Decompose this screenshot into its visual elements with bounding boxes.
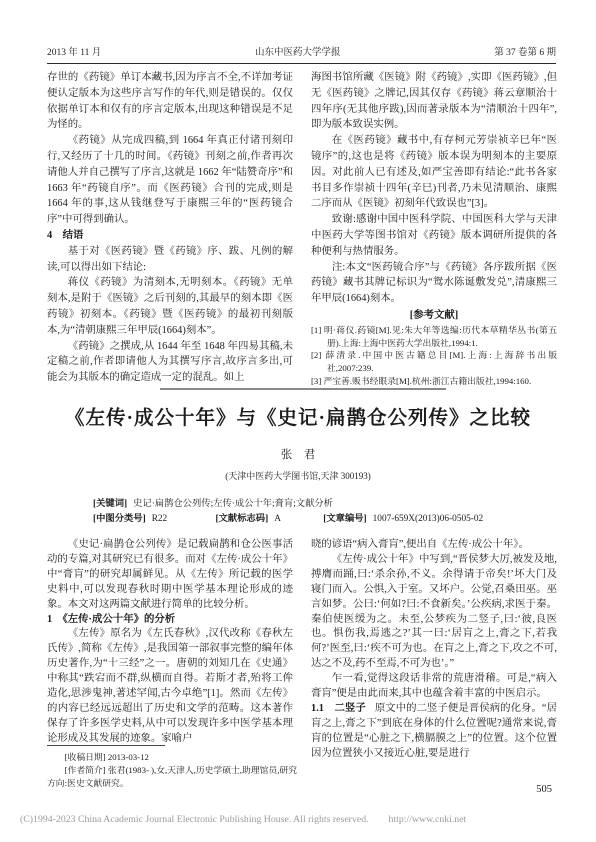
article-no-value: 1007-659X(2013)06-0505-02 bbox=[373, 514, 484, 524]
doc-code-label: [文献标志码] bbox=[216, 514, 269, 524]
author-name: 张 君 bbox=[0, 446, 596, 462]
section-heading: 4 结语 bbox=[47, 228, 293, 244]
paragraph: 《药镜》从完成四稿,到 1664 年真正付诸刊刻印行,又经历了十几的时间。《药镜… bbox=[47, 133, 293, 228]
footnote-rule bbox=[47, 745, 165, 746]
article-no-label: [文章编号] bbox=[323, 514, 366, 524]
article1-left-column: 存世的《药镜》单订本藏书,因为序言不全,不详加考证便认定版本为这些序言写作的年代… bbox=[47, 70, 293, 388]
paragraph: 《史记·扁鹊仓公列传》是记载扁鹊和仓公医事活动的专篇,对其研究已有很多。而对《左… bbox=[47, 538, 293, 613]
doc-code-value: A bbox=[274, 514, 281, 524]
article-no-pair: [文章编号]1007-659X(2013)06-0505-02 bbox=[323, 514, 483, 524]
article2-body: 《史记·扁鹊仓公列传》是记载扁鹊和仓公医事活动的专篇,对其研究已有很多。而对《左… bbox=[47, 538, 557, 762]
keywords-label: [关键词] bbox=[93, 499, 127, 509]
article1-right-column: 海图书馆所藏《医镜》附《药镜》,实即《医药镜》,但无《医药镜》之牌记,因其仅存《… bbox=[311, 70, 557, 388]
keywords-line: [关键词]史记·扁鹊仓公列传;左传·成公十年;膏肓;文献分析 bbox=[93, 497, 538, 512]
references-title: [参考文献] bbox=[311, 308, 557, 324]
page-header: 2013 年 11 月 山东中医药大学学报 第 37 卷第 6 期 bbox=[47, 44, 556, 64]
subsection-heading: 1.1 二竖子 bbox=[311, 703, 366, 714]
page-number: 505 bbox=[536, 784, 552, 795]
section-heading: 1 《左传·成公十年》的分析 bbox=[47, 613, 293, 628]
author-bio-line: [作者简介] 张君(1983- ),女,天津人,历史学硕士,助理馆员,研究方向:… bbox=[47, 764, 297, 790]
clc-pair: [中图分类号]R22 bbox=[93, 514, 167, 524]
keywords-value: 史记·扁鹊仓公列传;左传·成公十年;膏肓;文献分析 bbox=[133, 499, 333, 509]
paragraph: 在《医药镜》藏书中,有存柯元芳崇祯辛巳年“医镜序”的,这也是将《药镜》版本误为明… bbox=[311, 133, 557, 212]
paragraph: 存世的《药镜》单订本藏书,因为序言不全,不详加考证便认定版本为这些序言写作的年代… bbox=[47, 70, 293, 133]
paragraph: 基于对《医药镜》暨《药镜》序、跋、凡例的解读,可以得出如下结论: bbox=[47, 244, 293, 276]
paragraph: 海图书馆所藏《医镜》附《药镜》,实即《医药镜》,但无《医药镜》之牌记,因其仅存《… bbox=[311, 70, 557, 133]
doc-code-pair: [文献标志码]A bbox=[216, 514, 281, 524]
clc-value: R22 bbox=[152, 514, 168, 524]
classification-line: [中图分类号]R22 [文献标志码]A [文章编号]1007-659X(2013… bbox=[93, 512, 538, 527]
copyright-text: (C)1994-2023 China Academic Journal Elec… bbox=[20, 814, 369, 825]
article1-body: 存世的《药镜》单订本藏书,因为序言不全,不详加考证便认定版本为这些序言写作的年代… bbox=[47, 70, 557, 388]
note-paragraph: 注:本文“医药镜合序”与《药镜》各序跋所据《医药镜》藏书其牌记标识为“鸳水陈诞敷… bbox=[311, 260, 557, 307]
acknowledgement-paragraph: 致谢:感谢中国中医科学院、中国医科大学与天津中医药大学等图书馆对《药镜》版本调研… bbox=[311, 212, 557, 259]
first-page-footnote: [收稿日期] 2013-03-12 [作者简介] 张君(1983- ),女,天津… bbox=[47, 745, 297, 790]
author-affiliation: (天津中医药大学图书馆,天津 300193) bbox=[0, 469, 596, 482]
article-separator-rule bbox=[160, 388, 446, 390]
paragraph: 晓的谚语“病入膏肓”,便出自《左传·成公十年》。 bbox=[311, 538, 557, 553]
reference-item: [2] 薛清录.中国中医古籍总目[M].上海:上海辞书出版社,2007:239. bbox=[311, 349, 557, 375]
article2-right-column: 晓的谚语“病入膏肓”,便出自《左传·成公十年》。 《左传·成公十年》中写到,“晋… bbox=[311, 538, 557, 762]
copyright-footer: (C)1994-2023 China Academic Journal Elec… bbox=[20, 814, 580, 825]
header-journal-title: 山东中医药大学学报 bbox=[255, 44, 341, 58]
journal-page: 2013 年 11 月 山东中医药大学学报 第 37 卷第 6 期 存世的《药镜… bbox=[0, 0, 596, 842]
paragraph: 《左传·成公十年》中写到,“晋侯梦大厉,被发及地,搏膺而踊,曰:‘杀余孙,不义。… bbox=[311, 553, 557, 672]
reference-item: [1] 明·蒋仪.药镜[M].见:朱大年等选编:历代本草精华丛书(第五册).上海… bbox=[311, 324, 557, 350]
subsection-paragraph: 1.1 二竖子原文中的二竖子便是晋侯病的化身。“居肓之上,膏之下”到底在身体的什… bbox=[311, 702, 557, 762]
paragraph: 蒋仪《药镜》为清刻本,无明刻本。《药镜》无单刻本,是附于《医镜》之后刊刻的,其最… bbox=[47, 275, 293, 338]
article2-left-column: 《史记·扁鹊仓公列传》是记载扁鹊和仓公医事活动的专篇,对其研究已有很多。而对《左… bbox=[47, 538, 293, 762]
reference-item: [3] 严宝善.贩书经眼录[M].杭州:浙江古籍出版社,1994:160. bbox=[311, 375, 557, 388]
article-title: 《左传·成公十年》与《史记·扁鹊仓公列传》之比较 bbox=[0, 402, 596, 430]
header-date: 2013 年 11 月 bbox=[47, 44, 101, 58]
paragraph: 《左传》原名为《左氏春秋》,汉代改称《春秋左氏传》,简称《左传》,是我国第一部叙… bbox=[47, 627, 293, 746]
received-date-line: [收稿日期] 2013-03-12 bbox=[47, 751, 297, 764]
paragraph: 乍一看,觉得这段话非常的荒唐滑稽。可是,“病入膏肓”便是由此而来,其中也蕴含着丰… bbox=[311, 672, 557, 702]
clc-label: [中图分类号] bbox=[93, 514, 146, 524]
paragraph: 《药镜》之撰成,从 1644 年至 1648 年四易其稿,未定稿之前,作者即请他… bbox=[47, 339, 293, 386]
cnki-url: http://www.cnki.net bbox=[389, 814, 467, 825]
article-meta: [关键词]史记·扁鹊仓公列传;左传·成公十年;膏肓;文献分析 [中图分类号]R2… bbox=[93, 497, 538, 527]
header-issue: 第 37 卷第 6 期 bbox=[494, 44, 556, 58]
